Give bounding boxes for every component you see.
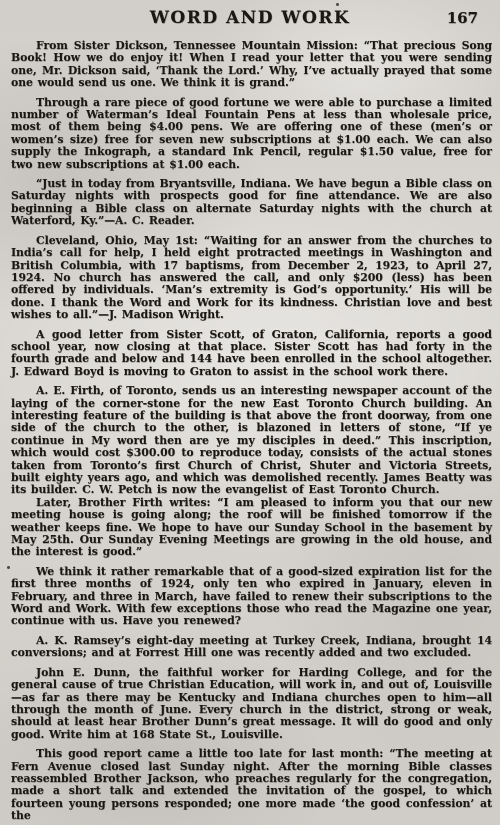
paragraph: A. K. Ramsey’s eight-day meeting at Turk… xyxy=(11,635,492,660)
journal-title: WORD AND WORK xyxy=(0,9,500,27)
scanned-magazine-page: WORD AND WORK 167 From Sister Dickson, T… xyxy=(0,0,500,825)
scan-artifact-speck xyxy=(7,566,10,569)
paragraph: John E. Dunn, the faithful worker for Ha… xyxy=(11,667,492,741)
page-header: WORD AND WORK 167 xyxy=(0,0,500,34)
paragraph: We think it rather remarkable that of a … xyxy=(11,566,492,628)
page-body: From Sister Dickson, Tennessee Mountain … xyxy=(0,34,500,823)
paragraph: Cleveland, Ohio, May 1st: “Waiting for a… xyxy=(11,235,492,322)
paragraph: A good letter from Sister Scott, of Grat… xyxy=(11,329,492,379)
paragraph: This good report came a little too late … xyxy=(11,748,492,822)
paragraph: From Sister Dickson, Tennessee Mountain … xyxy=(11,40,492,90)
paragraph: Through a rare piece of good fortune we … xyxy=(11,97,492,171)
paragraph: A. E. Firth, of Toronto, sends us an int… xyxy=(11,385,492,497)
paragraph: Later, Brother Firth writes: “I am pleas… xyxy=(11,497,492,559)
page-number: 167 xyxy=(447,9,478,27)
paragraph: “Just in today from Bryantsville, Indian… xyxy=(11,178,492,228)
